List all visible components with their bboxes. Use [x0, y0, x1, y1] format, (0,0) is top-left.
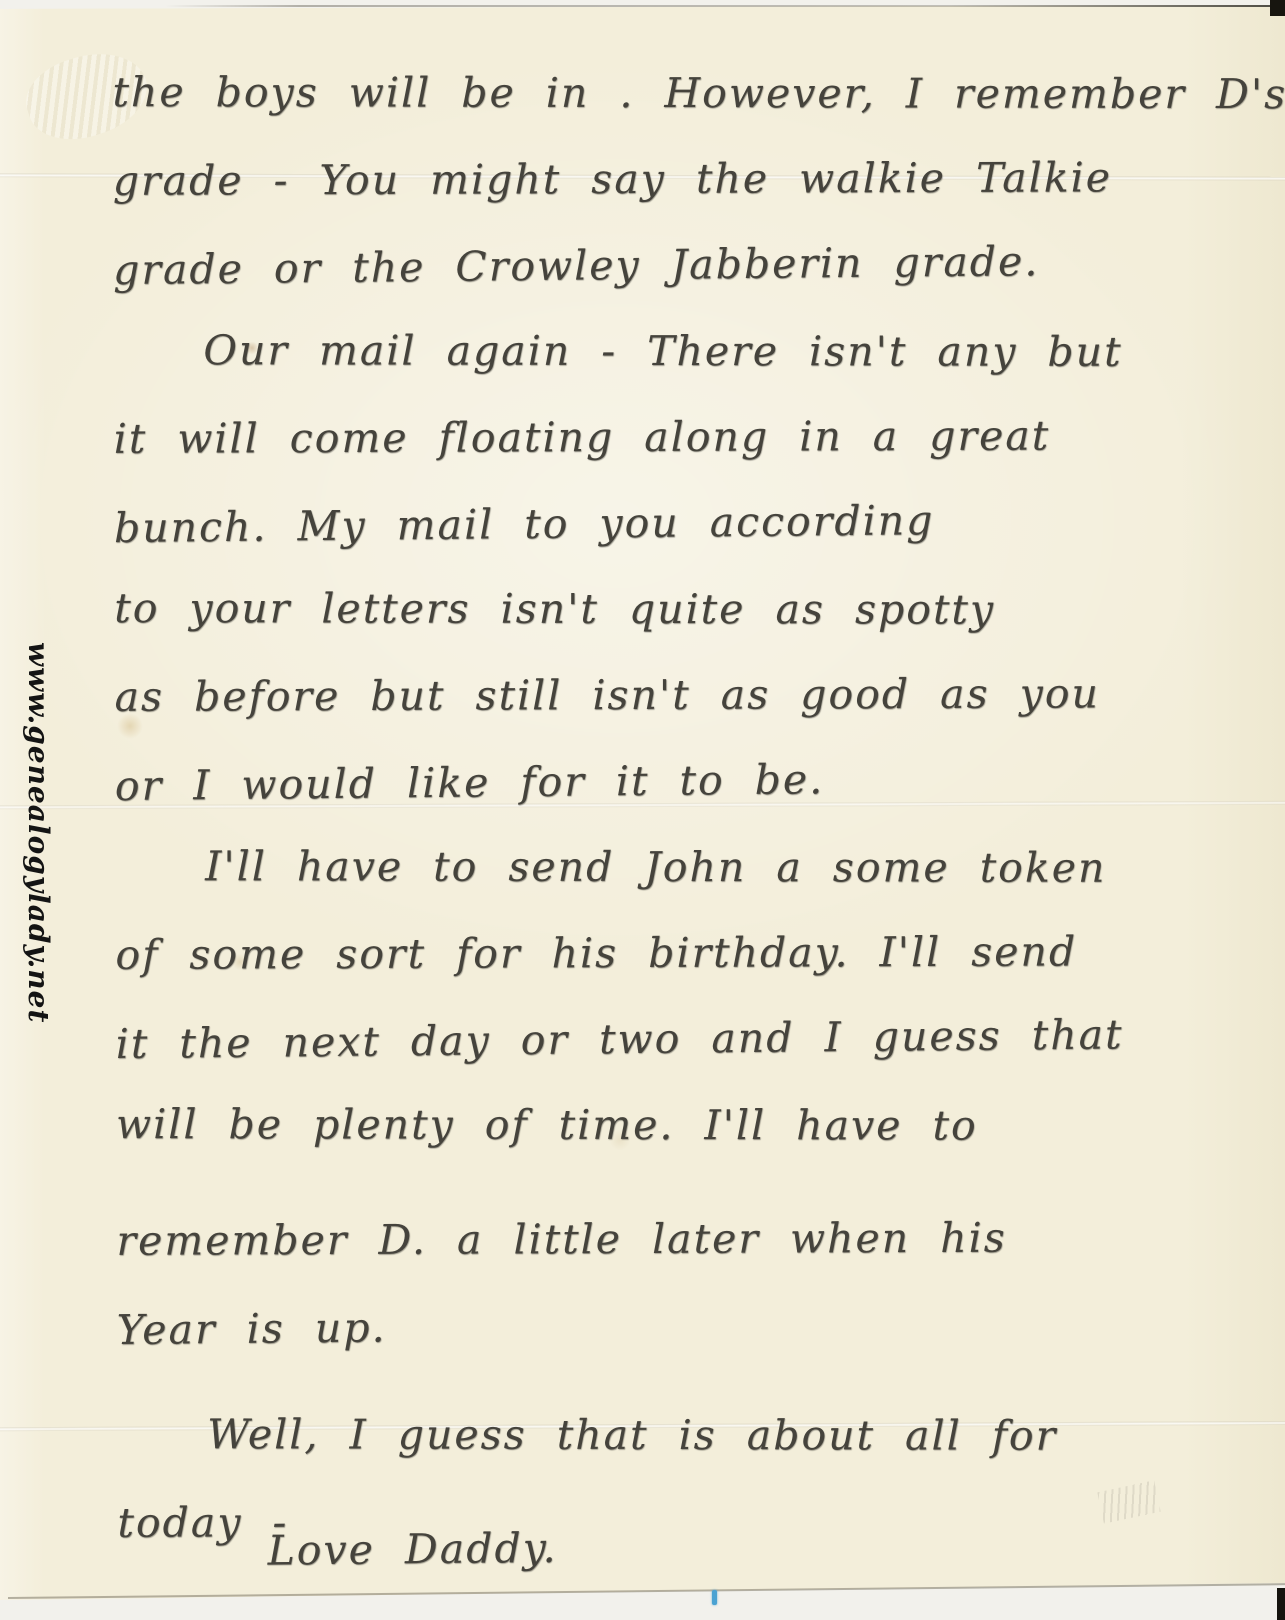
- letter-signature: Love Daddy.: [2, 1498, 1285, 1596]
- scanned-letter-page: www.genealogylady.net the boys will be i…: [0, 0, 1285, 1620]
- letter-line: to your letters isn't quite as spotty: [0, 565, 1284, 653]
- letter-line: Well, I guess that is about all for: [2, 1391, 1285, 1479]
- letter-line: the boys will be in . However, I remembe…: [0, 49, 1283, 137]
- scan-corner-mark-bottom-right: [1277, 1588, 1285, 1620]
- letter-line: remember D. a little later when his: [1, 1194, 1285, 1284]
- scan-edge-line-top: [165, 5, 1285, 7]
- letter-line: Our mail again - There isn't any but: [0, 307, 1283, 395]
- letter-line: of some sort for his birthday. I'll send: [0, 908, 1285, 998]
- letter-line: will be plenty of time. I'll have to: [1, 1081, 1285, 1169]
- letter-line: as before but still isn't as good as you: [0, 650, 1285, 740]
- letter-line: or I would like for it to be.: [0, 732, 1285, 830]
- blue-fiber-mark: [712, 1590, 717, 1605]
- letter-line: bunch. My mail to you according: [0, 474, 1284, 572]
- scan-corner-mark-top-right: [1270, 0, 1285, 16]
- letter-line: I'll have to send John a some token: [0, 823, 1285, 911]
- letter-line: it the next day or two and I guess that: [0, 990, 1285, 1088]
- letter-line: Year is up.: [1, 1276, 1285, 1374]
- letter-line: it will come floating along in a great: [0, 392, 1284, 482]
- handwritten-letter-body: the boys will be in . However, I remembe…: [0, 48, 1285, 1592]
- letter-line: grade - You might say the walkie Talkie: [0, 134, 1283, 224]
- letter-line: grade or the Crowley Jabberin grade.: [0, 216, 1283, 314]
